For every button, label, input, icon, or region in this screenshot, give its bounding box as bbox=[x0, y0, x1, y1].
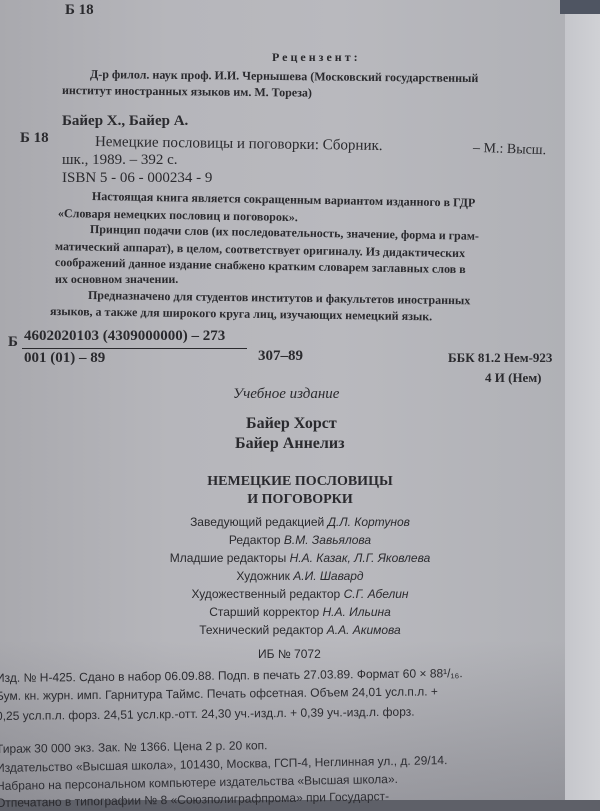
credit-row: Младшие редакторы Н.А. Казак, Л.Г. Яковл… bbox=[130, 550, 470, 566]
credit-role: Технический редактор bbox=[199, 623, 323, 637]
credit-row: Редактор В.М. Завьялова bbox=[150, 532, 450, 548]
credit-role: Художник bbox=[236, 569, 290, 583]
catalog-title: Немецкие пословицы и поговорки: Сборник. bbox=[95, 134, 383, 154]
catalog-udk: 4 И (Нем) bbox=[485, 370, 542, 386]
background-strip bbox=[560, 0, 600, 14]
edition-title-1: НЕМЕЦКИЕ ПОСЛОВИЦЫ bbox=[200, 474, 400, 490]
credit-row: Художник А.И. Шавард bbox=[150, 568, 450, 584]
abstract-line-6: их основном значении. bbox=[55, 271, 178, 287]
author2-text: Байер Аннелиз bbox=[235, 435, 345, 452]
edition-author-2: Байер Аннелиз bbox=[235, 436, 345, 452]
catalog-authors: Байер Х., Байер А. bbox=[62, 113, 188, 129]
credit-name: Н.А. Казак, Л.Г. Яковлева bbox=[290, 551, 431, 565]
catalog-number: 307–89 bbox=[258, 348, 303, 364]
catalog-publisher: – М.: Высш. bbox=[473, 141, 547, 160]
credit-row: Технический редактор А.А. Акимова bbox=[140, 622, 460, 638]
reviewer-heading: Рецензент: bbox=[272, 49, 361, 65]
header-code: Б 18 bbox=[65, 2, 94, 18]
fraction-prefix: Б bbox=[8, 334, 18, 350]
edition-type: Учебное издание bbox=[233, 386, 339, 402]
book-page: Б 18 Рецензент: Д-р филол. наук проф. И.… bbox=[0, 0, 565, 800]
catalog-code: Б 18 bbox=[20, 130, 49, 146]
fraction-numerator: 4602020103 (4309000000) – 273 bbox=[24, 328, 225, 344]
edition-author-1: Байер Хорст bbox=[246, 416, 337, 432]
author1-text: Байер Хорст bbox=[246, 415, 337, 432]
credit-role: Заведующий редакцией bbox=[190, 515, 324, 529]
credit-name: А.А. Акимова bbox=[327, 623, 401, 637]
credit-role: Редактор bbox=[229, 533, 281, 547]
credit-name: В.М. Завьялова bbox=[284, 533, 371, 547]
credit-row: Старший корректор Н.А. Ильина bbox=[150, 604, 450, 620]
reviewer-line-2: институт иностранных языков им. М. Торез… bbox=[62, 82, 312, 101]
credit-row: Художественный редактор С.Г. Абелин bbox=[140, 586, 460, 602]
credit-role: Художественный редактор bbox=[191, 587, 340, 601]
fraction-line bbox=[22, 348, 247, 349]
credit-role: Старший корректор bbox=[209, 605, 319, 619]
credit-row: Заведующий редакцией Д.Л. Кортунов bbox=[150, 514, 450, 530]
credit-name: Н.А. Ильина bbox=[322, 605, 390, 619]
imprint-ib: ИБ № 7072 bbox=[258, 646, 321, 662]
credit-name: С.Г. Абелин bbox=[344, 587, 409, 601]
catalog-isbn: ISBN 5 - 06 - 000234 - 9 bbox=[62, 170, 212, 186]
credit-name: Д.Л. Кортунов bbox=[328, 515, 410, 529]
underlying-page-edge bbox=[565, 14, 600, 800]
credit-role: Младшие редакторы bbox=[170, 551, 287, 565]
imprint-line-3: 0,25 усл.п.л. форз. 24,51 усл.кр.-отт. 2… bbox=[0, 704, 415, 724]
catalog-pub-line: шк., 1989. – 392 с. bbox=[62, 152, 178, 168]
catalog-bbk: ББК 81.2 Нем-923 bbox=[448, 350, 552, 366]
imprint-line-2: Бум. кн. журн. имп. Гарнитура Таймс. Печ… bbox=[0, 683, 438, 704]
fraction-denominator: 001 (01) – 89 bbox=[24, 350, 105, 366]
credit-name: А.И. Шавард bbox=[293, 569, 363, 583]
edition-title-2: И ПОГОВОРКИ bbox=[200, 492, 400, 508]
imprint-line-4: Тираж 30 000 экз. Зак. № 1366. Цена 2 р.… bbox=[0, 737, 268, 757]
